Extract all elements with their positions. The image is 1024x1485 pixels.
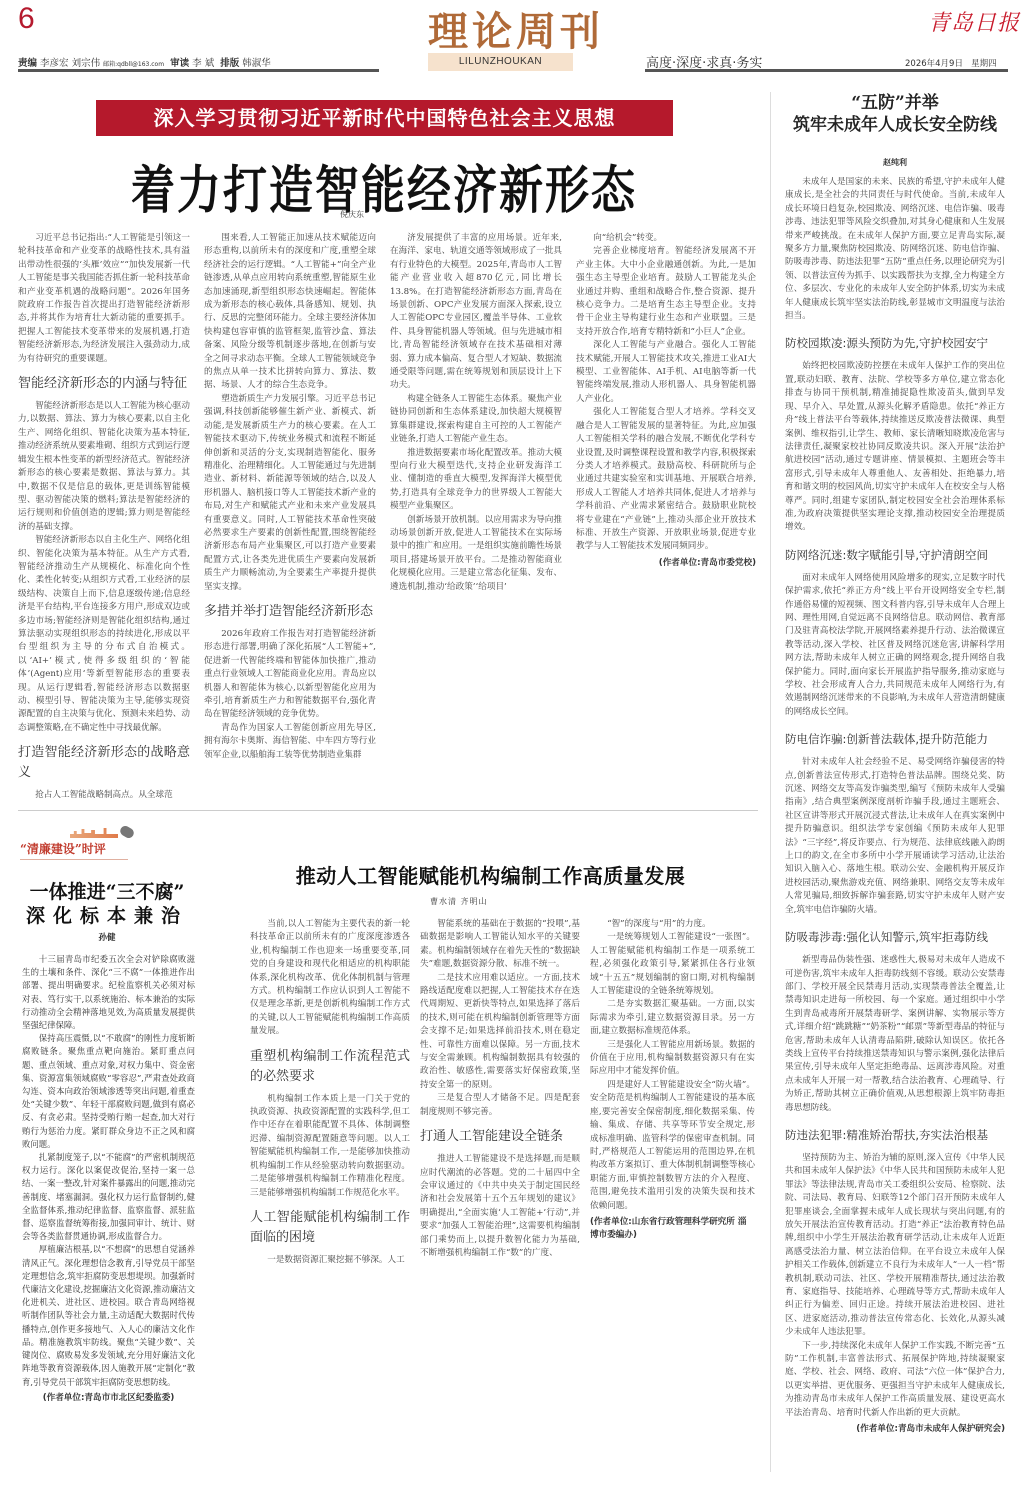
paragraph: 推进数据要素市场化配置改革。推动大模型向行业大模型迭代,支持企业研发海洋工业、懂… — [390, 447, 562, 514]
layout-label: 排版 — [220, 58, 239, 69]
page-number: 6 — [18, 2, 35, 36]
right-article-title: “五防”并举 筑牢未成年人成长安全防线 — [785, 92, 1005, 136]
paragraph: 济发展提供了丰富的应用场景。近年来,在海洋、家电、轨道交通等领域形成了一批具有行… — [390, 232, 562, 393]
section-heading: 防校园欺凌:源头预防为先,守护校园安宁 — [785, 333, 1005, 353]
paragraph: 习近平总书记指出:“人工智能是引领这一轮科技革命和产业变革的战略性技术,具有溢出… — [18, 232, 190, 366]
editors: 李彦宏 刘宗伟 — [40, 58, 100, 69]
title-line-2: 筑牢未成年人成长安全防线 — [785, 114, 1005, 136]
review-label: 审读 — [170, 58, 189, 69]
section-heading: 防吸毒涉毒:强化认知警示,筑牢拒毒防线 — [785, 927, 1005, 947]
paragraph: 保持高压震慑,以“不敢腐”的刚性力度斩断腐败链条。聚焦重点靶向施治。紧盯重点问题… — [22, 1032, 195, 1151]
issue-date: 2026年4月9日 星期四 — [905, 57, 997, 69]
main-col-2: 围来看,人工智能正加速从技术赋能迈向形态重构,以前所未有的深度和广度,重塑全球经… — [204, 232, 376, 800]
paragraph: 四是建好人工智能建设安全“防火墙”。安全防范是机构编制人工智能建设的基本底座,要… — [590, 1079, 755, 1213]
paragraph: 机构编制工作本质上是一门关于党的执政资源、执政资源配置的实践科学,但工作中还存在… — [250, 1093, 410, 1200]
paragraph: 当前,以人工智能为主要代表的新一轮科技革命正以前所未有的广度深度渗透各业,机构编… — [250, 918, 410, 1039]
paragraph: 下一步,持续深化未成年人保护工作实践,不断完善“五防”工作机制,丰富普法形式、拓… — [785, 1340, 1005, 1420]
theme-banner: 深入学习贯彻习近平新时代中国特色社会主义思想 — [96, 100, 673, 136]
date: 2026年4月9日 — [905, 59, 963, 69]
paragraph: 厚植廉洁根基,以“不想腐”的思想自觉涵养清风正气。深化理想信念教育,引导党员干部… — [22, 1243, 195, 1388]
section-heading: 重塑机构编制工作流程范式的必然要求 — [250, 1047, 410, 1087]
main-col-1: 习近平总书记指出:“人工智能是引领这一轮科技革命和产业变革的战略性技术,具有溢出… — [18, 232, 190, 800]
section-heading: 人工智能赋能机构编制工作面临的困境 — [250, 1208, 410, 1248]
main-byline: 倪庆东 — [340, 209, 364, 220]
paragraph: 针对未成年人社会经验不足、易受网络诈骗侵害的特点,创新普法宣传形式,打造特色普法… — [785, 756, 1005, 917]
masthead-rule-left — [18, 69, 379, 72]
paragraph: 创新场景开放机制。以应用需求为导向推动场景创新开放,促进人工智能技术在实际场景中… — [390, 514, 562, 594]
paragraph: 完善企业梯度培育。智能经济发展离不开产业主体。大中小企业融通创新。为此,一是加强… — [576, 245, 756, 339]
section-title: 理论周刊 — [428, 0, 604, 57]
section-pinyin: LILUNZHOUKAN — [428, 53, 573, 71]
section-heading: 防电信诈骗:创新普法载体,提升防范能力 — [785, 729, 1005, 749]
staff-credits: 责编 李彦宏 刘宗伟 邮箱:qdbll@163.com 审读 李 斌 排版 韩淑… — [18, 55, 380, 69]
paragraph: 二是夯实数据汇聚基础。一方面,以实际需求为牵引,建立数据资源目录。另一方面,建立… — [590, 998, 755, 1038]
paragraph: 青岛作为国家人工智能创新应用先导区,拥有海尔卡奥斯、海信智能、中车四方等行业领军… — [204, 722, 376, 762]
paragraph: 未成年人是国家的未来、民族的希望,守护未成年人健康成长,是全社会的共同责任与时代… — [785, 176, 1005, 323]
paragraph: 坚持预防为主、矫治为辅的原则,深入宣传《中华人民共和国未成年人保护法》《中华人民… — [785, 1152, 1005, 1340]
section-heading: 防违法犯罪:精准矫治帮扶,夯实法治根基 — [785, 1125, 1005, 1145]
title-line-2: 深化标本兼治 — [22, 904, 192, 928]
paragraph: 2026年政府工作报告对打造智能经济新形态进行部署,明确了深化拓展“人工智能+”… — [204, 628, 376, 722]
section-heading: 打造智能经济新形态的战略意义 — [18, 743, 190, 783]
paragraph: 深化人工智能与产业融合。强化人工智能技术赋能,开展人工智能技术攻关,推进工业AI… — [576, 339, 756, 406]
paragraph: 始终把校园欺凌防控摆在未成年人保护工作的突出位置,联动妇联、教育、法院、学校等多… — [785, 360, 1005, 534]
paragraph: 新型毒品伪装性强、迷惑性大,极易对未成年人造成不可逆伤害,筑牢未成年人拒毒防线刻… — [785, 954, 1005, 1115]
paragraph: 推进人工智能建设不是选择题,而是顺应时代潮流的必答题。党的二十届四中全会审议通过… — [420, 1153, 580, 1260]
column-tag-label: “清廉建设”时评 — [20, 840, 106, 857]
skyline-icon — [70, 828, 118, 838]
tag-underline — [20, 859, 128, 860]
main-headline: 着力打造智能经济新形态 — [108, 148, 660, 224]
article2-title: 推动人工智能赋能机构编制工作高质量发展 — [258, 860, 723, 889]
paragraph: 构建全链条人工智能生态体系。聚焦产业链协同创新和生态体系建设,加快超大规模智算集… — [390, 393, 562, 447]
paragraph: 抢占人工智能战略制高点。从全球范 — [18, 789, 190, 800]
section-heading: 多措并举打造智能经济新形态 — [204, 602, 376, 622]
layout-editor: 韩淑华 — [242, 58, 271, 69]
paragraph: 扎紧制度笼子,以“不能腐”的严密机制规范权力运行。深化以案促改促治,坚持一案一总… — [22, 1151, 195, 1243]
main-col-3: 济发展提供了丰富的应用场景。近年来,在海洋、家电、轨道交通等领域形成了一批具有行… — [390, 232, 562, 800]
paragraph: 围来看,人工智能正加速从技术赋能迈向形态重构,以前所未有的深度和广度,重塑全球经… — [204, 232, 376, 393]
paragraph: “智”的深度与“用”的力度。 — [590, 918, 755, 931]
title-line-1: “五防”并举 — [785, 92, 1005, 114]
author-affiliation: (作者单位:青岛市委党校) — [576, 557, 756, 570]
section-divider — [18, 810, 758, 811]
section-heading: 打通人工智能建设全链条 — [420, 1127, 580, 1147]
main-col-4: 向“给机会”转变。 完善企业梯度培育。智能经济发展离不开产业主体。大中小企业融通… — [576, 232, 756, 800]
commentary-body: 十三届青岛市纪委五次全会对铲除腐败滋生的土壤和条件、深化“三不腐”一体推进作出部… — [22, 953, 195, 1478]
article2-col-3: “智”的深度与“用”的力度。 一是统筹规划人工智能建设“一张图”。人工智能赋能机… — [590, 918, 755, 1478]
paragraph: 一是统筹规划人工智能建设“一张图”。人工智能赋能机构编制工作是一项系统工程,必须… — [590, 931, 755, 998]
article2-col-1: 当前,以人工智能为主要代表的新一轮科技革命正以前所未有的广度深度渗透各业,机构编… — [250, 918, 410, 1478]
commentary-byline: 孙健 — [22, 931, 192, 943]
paragraph: 一是数据资源汇聚挖掘不够深。人工 — [250, 1254, 410, 1267]
masthead-rule-right — [645, 69, 1008, 72]
paragraph: 面对未成年人网络使用风险增多的现实,立足数字时代保护需求,依托“养正方舟”线上平… — [785, 572, 1005, 719]
section-heading: 防网络沉迷:数字赋能引导,守护清朗空间 — [785, 545, 1005, 565]
right-article-byline: 赵纯利 — [785, 157, 1005, 168]
column-divider — [770, 92, 771, 1472]
right-article-body: 未成年人是国家的未来、民族的希望,守护未成年人健康成长,是全社会的共同责任与时代… — [785, 176, 1005, 1476]
weekday: 星期四 — [971, 59, 997, 69]
commentary-title: 一体推进“三不腐” 深化标本兼治 — [22, 880, 192, 928]
email: 邮箱:qdbll@163.com — [103, 61, 164, 68]
editor-label: 责编 — [18, 58, 37, 69]
title-line-1: 一体推进“三不腐” — [22, 880, 192, 904]
column-tag: “清廉建设”时评 — [20, 823, 126, 863]
paragraph: 十三届青岛市纪委五次全会对铲除腐败滋生的土壤和条件、深化“三不腐”一体推进作出部… — [22, 953, 195, 1032]
paragraph: 智能经济新形态以自主化生产、网络化组织、智能化决策为基本特征。从生产方式看,智能… — [18, 534, 190, 735]
newspaper-logo: 青岛日报 — [928, 6, 1020, 37]
reviewer: 李 斌 — [192, 58, 214, 69]
paragraph: 向“给机会”转变。 — [576, 232, 756, 245]
author-affiliation: (作者单位:青岛市市北区纪委监委) — [22, 1392, 195, 1405]
section-heading: 智能经济新形态的内涵与特征 — [18, 374, 190, 394]
paragraph: 智能经济新形态是以人工智能为核心驱动力,以数据、算法、算力为核心要素,以自主化生… — [18, 400, 190, 534]
author-affiliation: (作者单位:山东省行政管理科学研究所 淄博市委编办) — [590, 1216, 755, 1243]
article2-col-2: 智能系统的基础在于数据的“投喂”,基础数据是影响人工智能认知水平的关键要素。机构… — [420, 918, 580, 1478]
paragraph: 二是技术应用难以适应。一方面,技术路线适配度难以把握,人工智能技术存在迭代周期短… — [420, 972, 580, 1093]
paragraph: 三是强化人工智能应用新场景。数据的价值在于应用,机构编制数据资源只有在实际应用中… — [590, 1039, 755, 1079]
microphone-icon — [118, 824, 135, 840]
paragraph: 强化人工智能复合型人才培养。学科交叉融合是人工智能发展的显著特征。为此,应加强人… — [576, 406, 756, 553]
article2-byline: 曹水清 齐明山 — [430, 896, 488, 907]
author-affiliation: (作者单位:青岛市未成年人保护研究会) — [785, 1423, 1005, 1436]
paragraph: 三是复合型人才储备不足。四是配套制度规则不够完善。 — [420, 1092, 580, 1119]
paragraph: 塑造新质生产力发展引擎。习近平总书记强调,科技创新能够催生新产业、新模式、新动能… — [204, 393, 376, 594]
paragraph: 智能系统的基础在于数据的“投喂”,基础数据是影响人工智能认知水平的关键要素。机构… — [420, 918, 580, 972]
